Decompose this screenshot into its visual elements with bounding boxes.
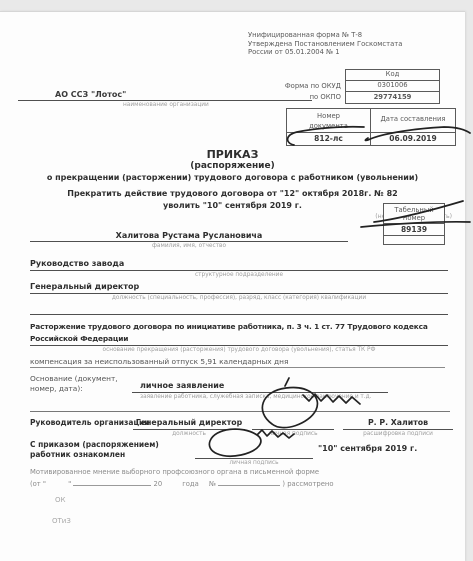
employee-name-underline <box>30 241 348 242</box>
department-caption: структурное подразделение <box>30 272 448 278</box>
head-signature-underline <box>252 429 334 430</box>
union-open: (от " <box>30 480 46 488</box>
compensation-underline <box>30 367 445 368</box>
organization-name: АО ССЗ "Лотос" <box>55 90 126 99</box>
department-underline <box>30 270 448 271</box>
head-position-underline <box>133 429 245 430</box>
order-line-1: Прекратить действие трудового договора о… <box>0 189 465 198</box>
okpo-value: 29774159 <box>374 93 412 101</box>
employee-name: Халитова Рустама Руслановича <box>30 231 348 240</box>
union-date-blank <box>73 478 151 486</box>
union-line-2: (от "" 20года № ) рассмотрено <box>30 478 334 488</box>
doc-number-header-cell: Номер документа <box>286 108 371 133</box>
ack-signature-caption: личная подпись <box>195 460 313 466</box>
okud-value: 0301006 <box>377 81 407 89</box>
basis-underline <box>132 392 388 393</box>
basis-label-line-2: номер, дата): <box>30 384 83 393</box>
personnel-number-value-cell: 89139 <box>383 223 445 236</box>
head-label: Руководитель организации <box>30 418 150 427</box>
title-prikaz: ПРИКАЗ <box>0 148 465 161</box>
head-position-caption: должность <box>133 431 245 437</box>
doc-date-header: Дата составления <box>381 115 446 123</box>
footer-otiz: ОТиЗ <box>52 517 71 525</box>
doc-date-value-cell: 06.09.2019 <box>370 132 456 146</box>
union-line-1: Мотивированное мнение выборного профсоюз… <box>30 468 319 476</box>
position-caption: должность (специальность, профессия), ра… <box>30 295 448 301</box>
union-result: ) рассмотрено <box>282 480 333 488</box>
ack-signature-underline <box>195 458 313 459</box>
department-value: Руководство завода <box>30 259 124 268</box>
blank-underline <box>30 314 448 315</box>
basis-caption: заявление работника, служебная записка, … <box>132 394 388 400</box>
basis-label-line-1: Основание (документ, <box>30 374 118 383</box>
compensation-text: компенсация за неиспользованный отпуск 5… <box>30 357 288 366</box>
doc-date-header-cell: Дата составления <box>370 108 456 133</box>
form-reference-line: России от 05.01.2004 № 1 <box>248 48 402 57</box>
basis-value: личное заявление <box>140 381 224 390</box>
employee-name-caption: фамилия, имя, отчество <box>30 243 348 249</box>
union-number-blank <box>218 478 280 486</box>
union-close-quote: " <box>68 480 71 488</box>
okud-label: Форма по ОКУД <box>240 82 341 91</box>
doc-number-value-cell: 812-лс <box>286 132 371 146</box>
title-rasporiazhenie: (распоряжение) <box>0 161 465 171</box>
union-year-word: года <box>182 480 199 488</box>
footer-ok: ОК <box>55 496 65 504</box>
doc-number-header: Номер документа <box>305 111 353 131</box>
form-reference-line: Унифицированная форма № Т-8 <box>248 31 402 40</box>
personnel-number-label: Табельный номер <box>384 206 444 223</box>
termination-reason-underline <box>30 345 448 346</box>
doc-number-value: 812-лс <box>314 134 343 143</box>
doc-date-value: 06.09.2019 <box>389 134 436 143</box>
organization-caption: наименование организации <box>18 102 312 108</box>
personnel-number-value: 89139 <box>401 225 427 234</box>
position-value: Генеральный директор <box>30 282 139 291</box>
document-page: Унифицированная форма № Т-8 Утверждена П… <box>0 11 465 561</box>
head-signature-caption: личная подпись <box>252 431 334 437</box>
section-separator-line <box>30 411 450 412</box>
head-name-underline <box>343 429 453 430</box>
organization-underline <box>18 100 312 101</box>
termination-reason-caption: основание прекращения (расторжения) труд… <box>30 347 448 353</box>
form-reference-line: Утверждена Постановлением Госкомстата <box>248 40 402 49</box>
form-reference: Унифицированная форма № Т-8 Утверждена П… <box>248 31 402 57</box>
union-year: 20 <box>154 480 163 488</box>
termination-reason-line-1: Расторжение трудового договора по инициа… <box>30 322 455 331</box>
code-header-label: Код <box>386 70 400 78</box>
title-subject: о прекращении (расторжении) трудового до… <box>0 173 465 182</box>
ack-date: "10" сентября 2019 г. <box>318 444 417 453</box>
okpo-value-cell: 29774159 <box>345 91 440 104</box>
ack-label-line-1: С приказом (распоряжением) <box>30 440 159 449</box>
head-name: Р. Р. Халитов <box>343 418 453 427</box>
ack-label-line-2: работник ознакомлен <box>30 450 125 459</box>
union-number-sign: № <box>209 480 216 488</box>
head-name-caption: расшифровка подписи <box>343 431 453 437</box>
position-underline <box>30 293 448 294</box>
head-position: Генеральный директор <box>133 418 245 427</box>
termination-reason-line-2: Российской Федерации <box>30 334 455 343</box>
